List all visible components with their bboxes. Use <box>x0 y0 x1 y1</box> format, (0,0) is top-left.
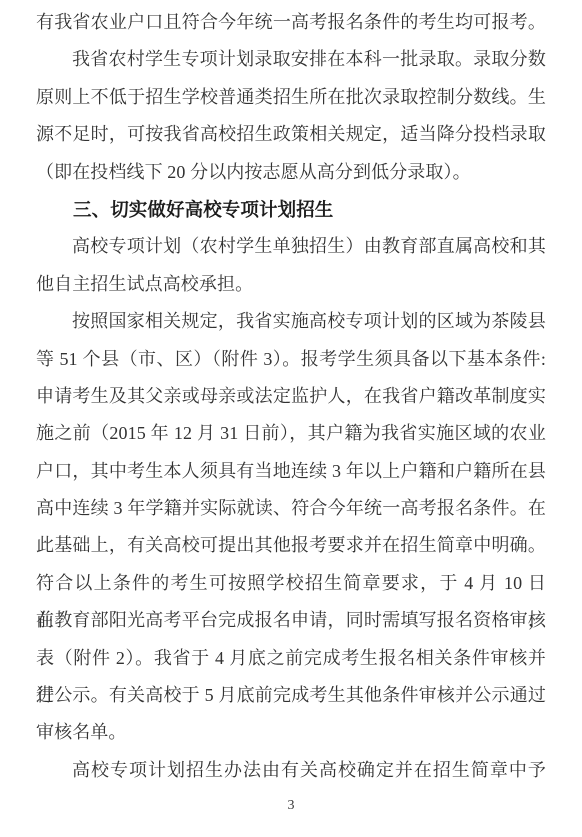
text-line: 高中连续 3 年学籍并实际就读、符合今年统一高考报名条件。在 <box>36 490 546 527</box>
text-line: 我省农村学生专项计划录取安排在本科一批录取。录取分数 <box>36 41 546 78</box>
text-line: 此基础上，有关高校可提出其他报考要求并在招生简章中明确。 <box>36 527 546 564</box>
text-line: 施之前（2015 年 12 月 31 日前），其户籍为我省实施区域的农业 <box>36 415 546 452</box>
text-line: 按照国家相关规定，我省实施高校专项计划的区域为茶陵县 <box>36 303 546 340</box>
text-line: 高校专项计划招生办法由有关高校确定并在招生简章中予 <box>36 752 546 789</box>
text-line: 申请考生及其父亲或母亲或法定监护人，在我省户籍改革制度实 <box>36 378 546 415</box>
text-line: 有我省农业户口且符合今年统一高考报名条件的考生均可报考。 <box>36 4 546 41</box>
text-line: 他自主招生试点高校承担。 <box>36 266 546 303</box>
text-line: 源不足时，可按我省高校招生政策相关规定，适当降分投档录取 <box>36 116 546 153</box>
text-line: 户口，其中考生本人须具有当地连续 3 年以上户籍和户籍所在县 <box>36 453 546 490</box>
text-line: 表（附件 2）。我省于 4 月底之前完成考生报名相关条件审核并进 <box>36 640 546 677</box>
text-line: （即在投档线下 20 分以内按志愿从高分到低分录取）。 <box>36 154 546 191</box>
text-line: 在教育部阳光高考平台完成报名申请，同时需填写报名资格审核 <box>36 602 546 639</box>
page-number: 3 <box>0 798 582 814</box>
text-line: 行公示。有关高校于 5 月底前完成考生其他条件审核并公示通过 <box>36 677 546 714</box>
text-line: 高校专项计划（农村学生单独招生）由教育部直属高校和其 <box>36 228 546 265</box>
section-heading: 三、切实做好高校专项计划招生 <box>36 191 546 228</box>
text-line: 原则上不低于招生学校普通类招生所在批次录取控制分数线。生 <box>36 79 546 116</box>
document-page: 有我省农业户口且符合今年统一高考报名条件的考生均可报考。 我省农村学生专项计划录… <box>0 0 582 837</box>
text-line: 审核名单。 <box>36 714 546 751</box>
text-line: 符合以上条件的考生可按照学校招生简章要求，于 4 月 10 日前， <box>36 565 546 602</box>
text-line: 等 51 个县（市、区）（附件 3）。报考学生须具备以下基本条件: <box>36 341 546 378</box>
